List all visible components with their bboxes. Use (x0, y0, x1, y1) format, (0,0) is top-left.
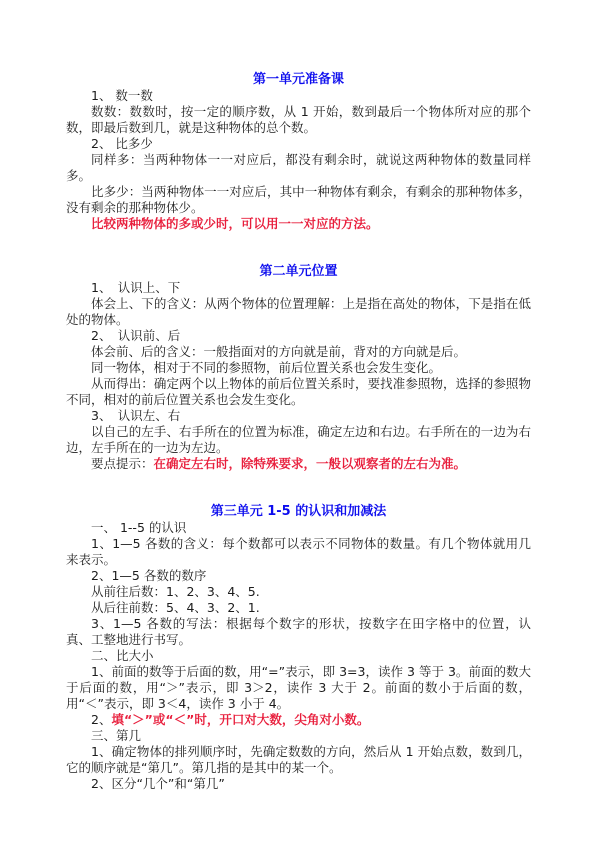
paragraph: 体会上、下的含义：从两个物体的位置理解：上是指在高处的物体，下是指在低处的物体。 (66, 296, 531, 328)
paragraph: 1、1—5 各数的含义：每个数都可以表示不同物体的数量。有几个物体就用几来表示。 (66, 536, 531, 568)
paragraph: 从而得出：确定两个以上物体的前后位置关系时，要找准参照物，选择的参照物不同，相对… (66, 376, 531, 408)
paragraph: 1、前面的数等于后面的数，用“=”表示，即 3=3，读作 3 等于 3。前面的数… (66, 664, 531, 712)
paragraph: 1、确定物体的排列顺序时，先确定数数的方向，然后从 1 开始点数，数到几，它的顺… (66, 744, 531, 776)
section-title-unit-1: 第一单元准备课 (66, 72, 531, 88)
section-unit-2: 第二单元位置 1、 认识上、下体会上、下的含义：从两个物体的位置理解：上是指在高… (66, 264, 531, 472)
paragraph: 以自己的左手、右手所在的位置为标准，确定左边和右边。右手所在的一边为右边，左手所… (66, 424, 531, 456)
paragraph: 体会前、后的含义：一般指面对的方向就是前，背对的方向就是后。 (66, 344, 531, 360)
document-body: 第一单元准备课 1、 数一数数数：数数时，按一定的顺序数，从 1 开始，数到最后… (0, 0, 595, 792)
paragraph: 1、 数一数 (66, 88, 531, 104)
paragraph: 2、 认识前、后 (66, 328, 531, 344)
paragraph: 2、区分“几个”和“第几” (66, 776, 531, 792)
paragraph: 2、1—5 各数的数序 (66, 568, 531, 584)
paragraph: 数数：数数时，按一定的顺序数，从 1 开始，数到最后一个物体所对应的那个数，即最… (66, 104, 531, 136)
paragraph: 比多少：当两种物体一一对应后，其中一种物体有剩余，有剩余的那种物体多，没有剩余的… (66, 184, 531, 216)
section-paragraphs-unit-2: 1、 认识上、下体会上、下的含义：从两个物体的位置理解：上是指在高处的物体，下是… (66, 280, 531, 472)
paragraph: 1、 认识上、下 (66, 280, 531, 296)
section-title-unit-2: 第二单元位置 (66, 264, 531, 280)
section-unit-1: 第一单元准备课 1、 数一数数数：数数时，按一定的顺序数，从 1 开始，数到最后… (66, 72, 531, 232)
document-page: 第一单元准备课 1、 数一数数数：数数时，按一定的顺序数，从 1 开始，数到最后… (0, 0, 595, 842)
paragraph-prefix: 要点提示： (91, 456, 154, 471)
paragraph: 一、 1--5 的认识 (66, 520, 531, 536)
paragraph: 从后往前数：5、4、3、2、1. (66, 600, 531, 616)
paragraph: 2、 比多少 (66, 136, 531, 152)
section-title-unit-3: 第三单元 1-5 的认识和加减法 (66, 504, 531, 520)
paragraph-emphasis: 填“＞”或“＜”时，开口对大数，尖角对小数。 (111, 712, 369, 727)
paragraph: 同一物体，相对于不同的参照物，前后位置关系也会发生变化。 (66, 360, 531, 376)
section-paragraphs-unit-1: 1、 数一数数数：数数时，按一定的顺序数，从 1 开始，数到最后一个物体所对应的… (66, 88, 531, 232)
section-paragraphs-unit-3: 一、 1--5 的认识1、1—5 各数的含义：每个数都可以表示不同物体的数量。有… (66, 520, 531, 792)
paragraph: 三、第几 (66, 728, 531, 744)
paragraph: 从前往后数：1、2、3、4、5. (66, 584, 531, 600)
paragraph: 3、 认识左、右 (66, 408, 531, 424)
mixed-paragraph: 要点提示：在确定左右时，除特殊要求，一般以观察者的左右为准。 (66, 456, 531, 472)
paragraph-prefix: 2、 (91, 712, 111, 727)
section-unit-3: 第三单元 1-5 的认识和加减法 一、 1--5 的认识1、1—5 各数的含义：… (66, 504, 531, 792)
paragraph: 同样多：当两种物体一一对应后，都没有剩余时，就说这两种物体的数量同样多。 (66, 152, 531, 184)
mixed-paragraph: 2、填“＞”或“＜”时，开口对大数，尖角对小数。 (66, 712, 531, 728)
paragraph: 二、比大小 (66, 648, 531, 664)
emphasis-paragraph: 比较两种物体的多或少时，可以用一一对应的方法。 (66, 216, 531, 232)
paragraph-emphasis: 在确定左右时，除特殊要求，一般以观察者的左右为准。 (154, 456, 467, 471)
paragraph: 3、1—5 各数的写法：根据每个数字的形状，按数字在田字格中的位置，认真、工整地… (66, 616, 531, 648)
